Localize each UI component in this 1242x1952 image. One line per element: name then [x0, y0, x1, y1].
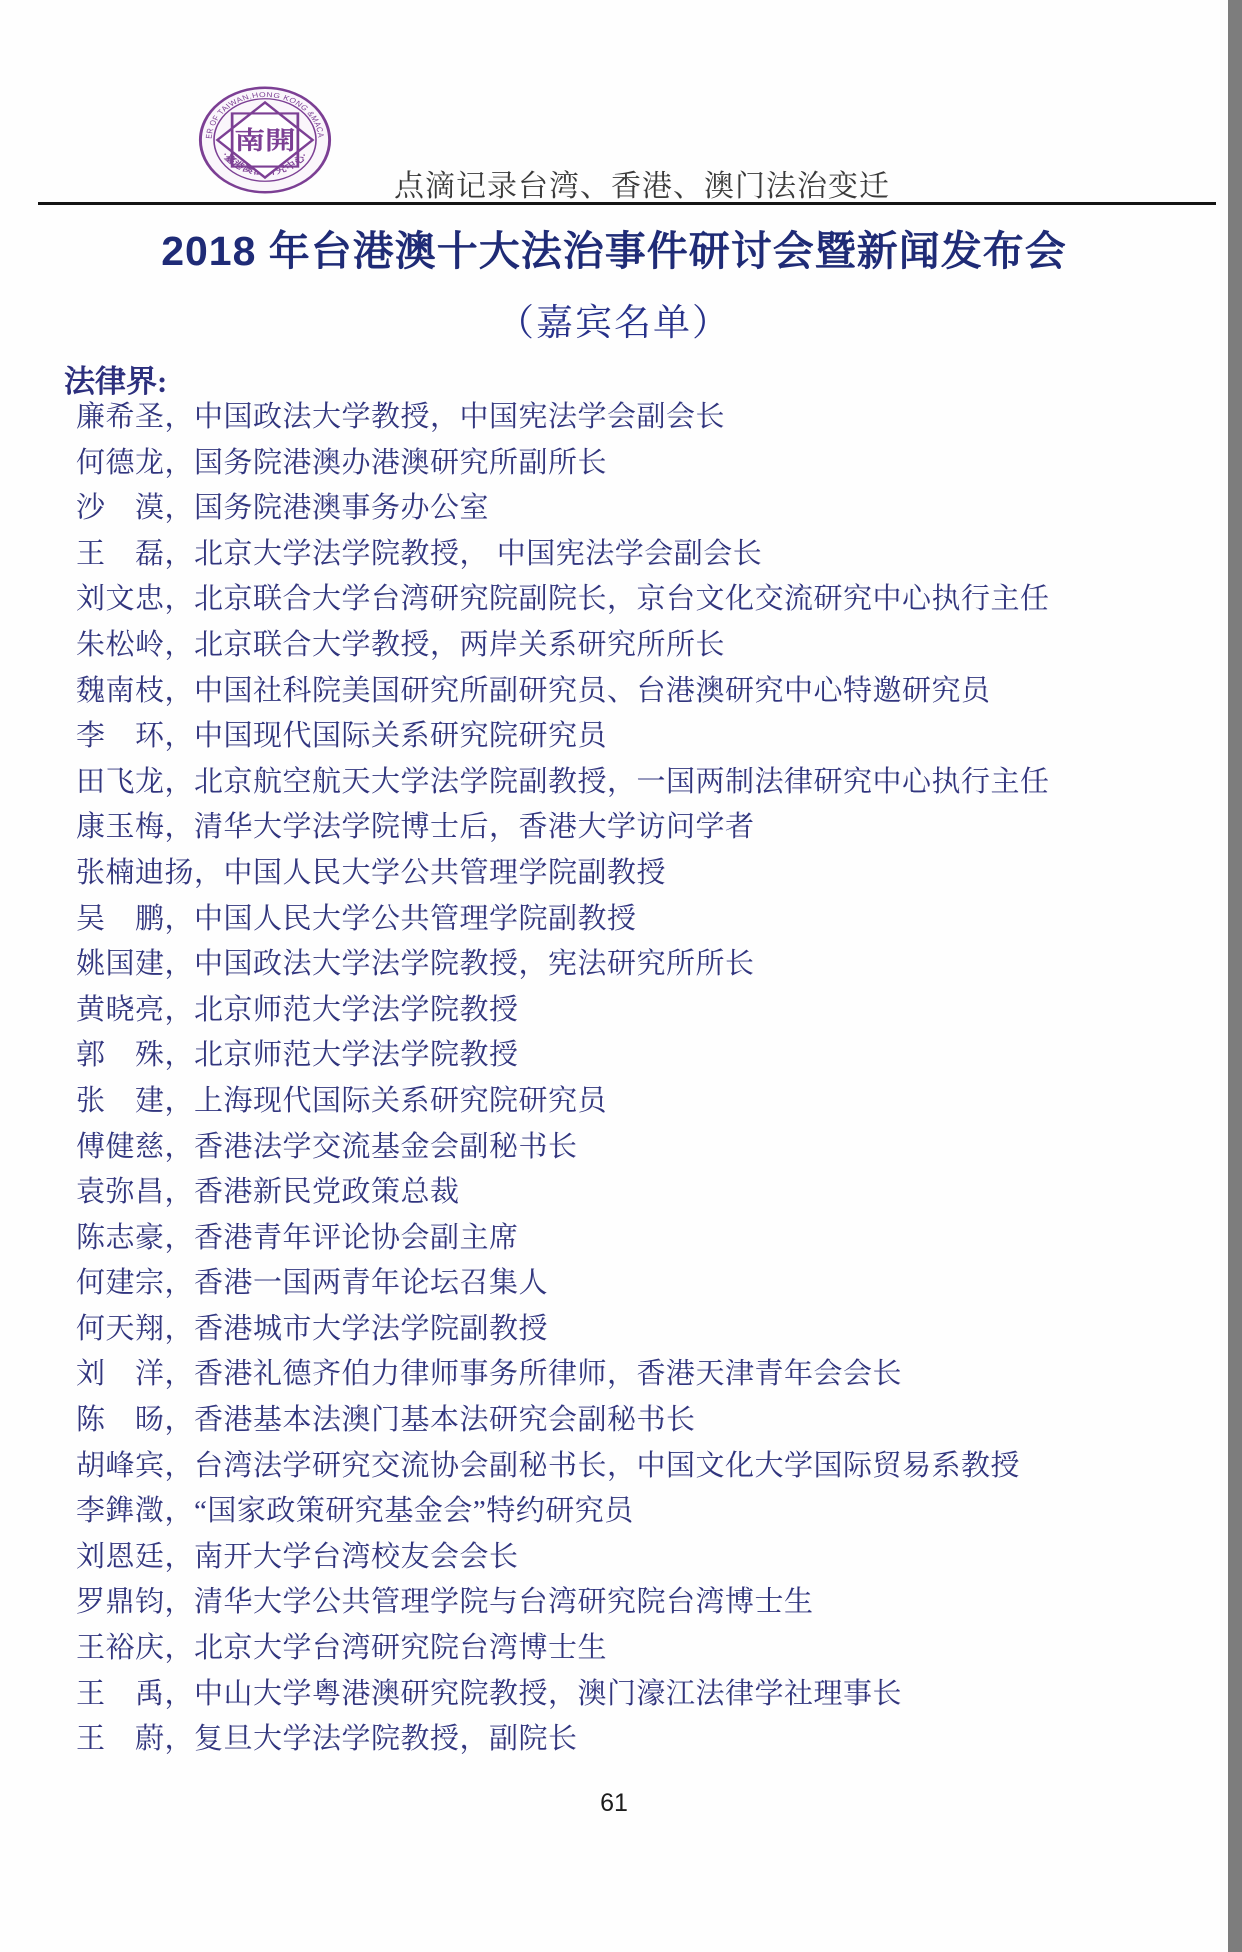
list-item: 王 磊，北京大学法学院教授， 中国宪法学会副会长	[76, 532, 1212, 578]
scan-edge-strip	[1228, 0, 1242, 1952]
center-seal-logo-icon: CENTER OF TAIWAN.HONG KONG &MACAULAW ·臺港…	[197, 85, 333, 195]
list-item: 刘文忠，北京联合大学台湾研究院副院长，京台文化交流研究中心执行主任	[76, 577, 1212, 623]
list-item: 李 环，中国现代国际关系研究院研究员	[76, 714, 1212, 760]
list-item: 姚国建，中国政法大学法学院教授，宪法研究所所长	[76, 942, 1212, 988]
page-subtitle: （嘉宾名单）	[0, 292, 1228, 346]
list-item: 沙 漠，国务院港澳事务办公室	[76, 486, 1212, 532]
list-item: 刘 洋，香港礼德齐伯力律师事务所律师，香港天津青年会会长	[76, 1352, 1212, 1398]
page-number: 61	[0, 1789, 1228, 1818]
list-item: 王 禹，中山大学粤港澳研究院教授，澳门濠江法律学社理事长	[76, 1672, 1212, 1718]
list-item: 康玉梅，清华大学法学院博士后，香港大学访问学者	[76, 805, 1212, 851]
header-divider	[38, 202, 1216, 205]
logo-inner-text: 南開	[234, 128, 295, 156]
guest-list: 廉希圣，中国政法大学教授，中国宪法学会副会长何德龙，国务院港澳办港澳研究所副所长…	[76, 395, 1212, 1763]
list-item: 田飞龙，北京航空航天大学法学院副教授，一国两制法律研究中心执行主任	[76, 760, 1212, 806]
list-item: 袁弥昌，香港新民党政策总裁	[76, 1170, 1212, 1216]
list-item: 黄晓亮，北京师范大学法学院教授	[76, 988, 1212, 1034]
list-item: 郭 殊，北京师范大学法学院教授	[76, 1033, 1212, 1079]
list-item: 张楠迪扬，中国人民大学公共管理学院副教授	[76, 851, 1212, 897]
list-item: 陈 旸，香港基本法澳门基本法研究会副秘书长	[76, 1398, 1212, 1444]
list-item: 吴 鹏，中国人民大学公共管理学院副教授	[76, 897, 1212, 943]
list-item: 傅健慈，香港法学交流基金会副秘书长	[76, 1125, 1212, 1171]
list-item: 王 蔚，复旦大学法学院教授，副院长	[76, 1717, 1212, 1763]
list-item: 魏南枝，中国社科院美国研究所副研究员、台港澳研究中心特邀研究员	[76, 669, 1212, 715]
page-title: 2018 年台港澳十大法治事件研讨会暨新闻发布会	[0, 218, 1228, 277]
document-page: CENTER OF TAIWAN.HONG KONG &MACAULAW ·臺港…	[0, 0, 1242, 1952]
list-item: 何建宗，香港一国两青年论坛召集人	[76, 1261, 1212, 1307]
list-item: 陈志豪，香港青年评论协会副主席	[76, 1216, 1212, 1262]
list-item: 廉希圣，中国政法大学教授，中国宪法学会副会长	[76, 395, 1212, 441]
list-item: 王裕庆，北京大学台湾研究院台湾博士生	[76, 1626, 1212, 1672]
list-item: 朱松岭，北京联合大学教授，两岸关系研究所所长	[76, 623, 1212, 669]
list-item: 李鎨澂，“国家政策研究基金会”特约研究员	[76, 1489, 1212, 1535]
list-item: 刘恩廷，南开大学台湾校友会会长	[76, 1535, 1212, 1581]
list-item: 张 建，上海现代国际关系研究院研究员	[76, 1079, 1212, 1125]
list-item: 胡峰宾，台湾法学研究交流协会副秘书长，中国文化大学国际贸易系教授	[76, 1444, 1212, 1490]
list-item: 何德龙，国务院港澳办港澳研究所副所长	[76, 441, 1212, 487]
list-item: 何天翔，香港城市大学法学院副教授	[76, 1307, 1212, 1353]
list-item: 罗鼎钧，清华大学公共管理学院与台湾研究院台湾博士生	[76, 1580, 1212, 1626]
header-slogan: 点滴记录台湾、香港、澳门法治变迁	[394, 161, 890, 205]
